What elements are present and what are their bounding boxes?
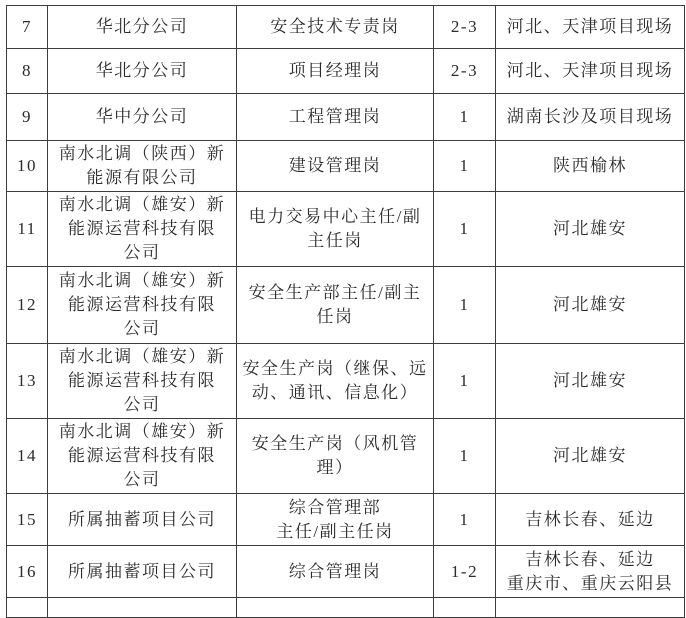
table-row: 15 所属抽蓄项目公司 综合管理部 主任/副主任岗 1 吉林长春、延边: [7, 494, 685, 546]
cell-row-number: 9: [7, 94, 48, 141]
document-page: 7 华北分公司 安全技术专责岗 2-3 河北、天津项目现场 8 华北分公司 项目…: [6, 5, 685, 596]
cell-location: 湖南长沙及项目现场: [496, 94, 685, 141]
table-row: 7 华北分公司 安全技术专责岗 2-3 河北、天津项目现场: [7, 6, 685, 49]
cell-position: 安全生产部主任/副主 任岗: [237, 267, 434, 344]
cell-company: 所属抽蓄项目公司: [48, 494, 237, 546]
cell-position: 综合管理岗: [237, 546, 434, 597]
cell-row-number: 12: [7, 267, 48, 344]
cell-company: 南水北调（雄安）新 能源运营科技有限 公司: [48, 267, 237, 344]
cell-count: 2-3: [434, 49, 496, 94]
table-row: 14 南水北调（雄安）新 能源运营科技有限 公司 安全生产岗（风机管 理） 1 …: [7, 419, 685, 494]
table-row: 8 华北分公司 项目经理岗 2-3 河北、天津项目现场: [7, 49, 685, 94]
cell-location: 河北、天津项目现场: [496, 49, 685, 94]
cell-company: 华北分公司: [48, 49, 237, 94]
cell-row-number: 15: [7, 494, 48, 546]
cell-company: 所属抽蓄项目公司: [48, 546, 237, 597]
cell-row-number: 7: [7, 6, 48, 49]
cell-count: 1: [434, 419, 496, 494]
cell-count: 2-3: [434, 6, 496, 49]
cell-location: 吉林长春、延边: [496, 494, 685, 546]
cell-row-number: 8: [7, 49, 48, 94]
table-row: 11 南水北调（雄安）新 能源运营科技有限 公司 电力交易中心主任/副 主任岗 …: [7, 192, 685, 267]
cell-row-number: 10: [7, 141, 48, 192]
cell-company: 华中分公司: [48, 94, 237, 141]
cell-position: 安全生产岗（风机管 理）: [237, 419, 434, 494]
cell-count: 1: [434, 344, 496, 419]
cell-row-number: 14: [7, 419, 48, 494]
cell-count: 1: [434, 192, 496, 267]
cell-row-number: 13: [7, 344, 48, 419]
cell-company: 南水北调（陕西）新 能源有限公司: [48, 141, 237, 192]
table-row: 12 南水北调（雄安）新 能源运营科技有限 公司 安全生产部主任/副主 任岗 1…: [7, 267, 685, 344]
cell-row-number: 11: [7, 192, 48, 267]
cell-company: 华北分公司: [48, 6, 237, 49]
cell-position: 项目经理岗: [237, 49, 434, 94]
table-row: 10 南水北调（陕西）新 能源有限公司 建设管理岗 1 陕西榆林: [7, 141, 685, 192]
recruitment-table: 7 华北分公司 安全技术专责岗 2-3 河北、天津项目现场 8 华北分公司 项目…: [6, 5, 685, 596]
cell-position: 工程管理岗: [237, 94, 434, 141]
cell-count: 1: [434, 94, 496, 141]
cell-company: 南水北调（雄安）新 能源运营科技有限 公司: [48, 419, 237, 494]
table-row: 13 南水北调（雄安）新 能源运营科技有限 公司 安全生产岗（继保、远 动、通讯…: [7, 344, 685, 419]
cell-count: 1-2: [434, 546, 496, 597]
cell-count: 1: [434, 141, 496, 192]
table-row: 9 华中分公司 工程管理岗 1 湖南长沙及项目现场: [7, 94, 685, 141]
table-body: 7 华北分公司 安全技术专责岗 2-3 河北、天津项目现场 8 华北分公司 项目…: [7, 6, 685, 597]
cell-row-number: 16: [7, 546, 48, 597]
cell-count: 1: [434, 494, 496, 546]
cell-location: 河北雄安: [496, 344, 685, 419]
cell-location: 河北雄安: [496, 267, 685, 344]
cell-location: 河北雄安: [496, 419, 685, 494]
cell-count: 1: [434, 267, 496, 344]
table-row: 16 所属抽蓄项目公司 综合管理岗 1-2 吉林长春、延边 重庆市、重庆云阳县: [7, 546, 685, 597]
cell-position: 安全生产岗（继保、远 动、通讯、信息化）: [237, 344, 434, 419]
cell-position: 电力交易中心主任/副 主任岗: [237, 192, 434, 267]
cell-position: 安全技术专责岗: [237, 6, 434, 49]
cell-location: 河北雄安: [496, 192, 685, 267]
cell-company: 南水北调（雄安）新 能源运营科技有限 公司: [48, 344, 237, 419]
cell-position: 综合管理部 主任/副主任岗: [237, 494, 434, 546]
cell-location: 陕西榆林: [496, 141, 685, 192]
cell-location: 河北、天津项目现场: [496, 6, 685, 49]
cell-location: 吉林长春、延边 重庆市、重庆云阳县: [496, 546, 685, 597]
cell-company: 南水北调（雄安）新 能源运营科技有限 公司: [48, 192, 237, 267]
cell-position: 建设管理岗: [237, 141, 434, 192]
